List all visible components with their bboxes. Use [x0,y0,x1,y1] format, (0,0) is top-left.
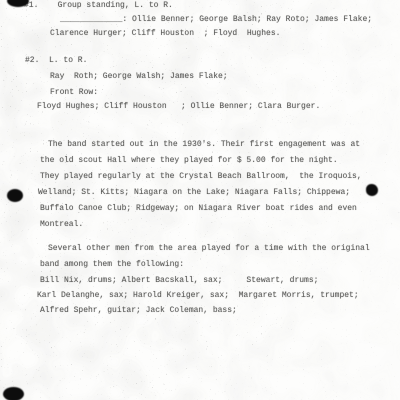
document-line: Clarence Hurger; Cliff Houston ; Floyd H… [50,29,280,39]
document-line: _____________: Ollie Benner; George Bals… [60,15,372,25]
scanned-document-page: #1. Group standing, L. to R. ___________… [0,0,400,400]
document-line: #2. L. to R. [25,56,87,66]
document-line: the old scout Hall where they played for… [40,156,338,166]
ink-blot-bottom-left [3,387,24,400]
document-line: Alfred Spehr, guitar; Jack Coleman, bass… [40,306,237,316]
document-line: Buffalo Canoe Club; Ridgeway; on Niagara… [40,204,357,214]
document-line: band among them the following: [40,260,184,270]
document-line: Welland; St. Kitts; Niagara on the Lake;… [38,188,350,198]
document-line: The band started out in the 1930's. Thei… [48,140,360,150]
typewritten-text-layer: #1. Group standing, L. to R. ___________… [0,0,400,400]
document-line: Karl Delanghe, sax; Harold Kreiger, sax;… [37,291,359,301]
document-line: Montreal. [40,220,83,230]
ink-blot-left-middle [7,189,23,202]
document-line: Several other men from the area played f… [48,244,370,254]
document-line: Floyd Hughes; Cliff Houston ; Ollie Benn… [37,102,320,112]
document-line: Ray Roth; George Walsh; James Flake; [50,72,228,82]
ink-blot-right-middle [366,184,378,196]
document-line: They played regularly at the Crystal Bea… [40,172,362,182]
document-line: #1. Group standing, L. to R. [24,1,173,11]
document-line: Bill Nix, drums; Albert Bacskall, sax; S… [40,276,318,286]
document-line: Front Row: [50,88,98,98]
